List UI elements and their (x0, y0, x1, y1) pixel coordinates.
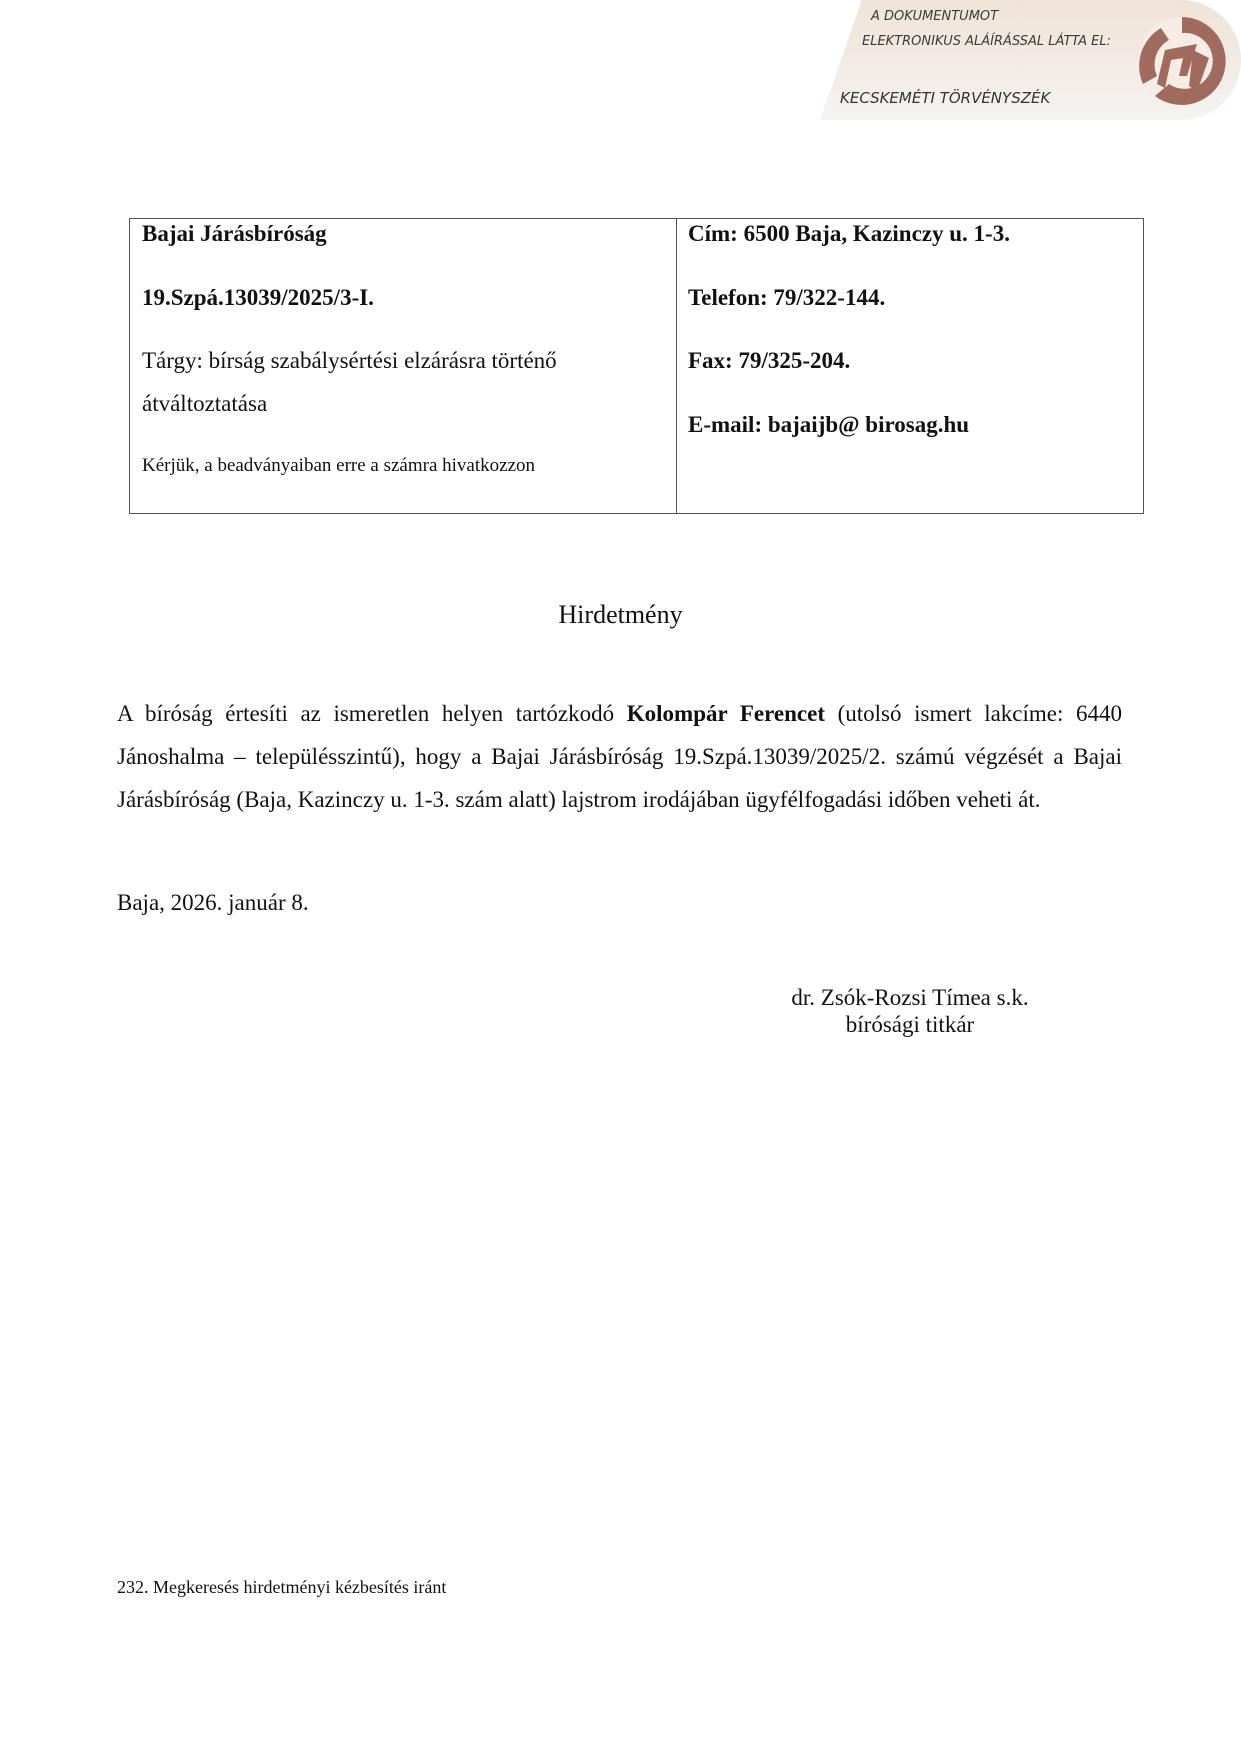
court-fax: Fax: 79/325-204. (688, 348, 850, 374)
header-table: Bajai Járásbíróság 19.Szpá.13039/2025/3-… (129, 218, 1144, 514)
notice-text-before: A bíróság értesíti az ismeretlen helyen … (117, 701, 627, 726)
court-address: Cím: 6500 Baja, Kazinczy u. 1-3. (688, 221, 1010, 247)
signatory-name: dr. Zsók-Rozsi Tímea s.k. (760, 984, 1060, 1011)
electronic-signature-stamp: A DOKUMENTUMOT ELEKTRONIKUS ALÁÍRÁSSAL L… (820, 0, 1241, 120)
document-date: Baja, 2026. január 8. (117, 890, 309, 916)
header-left-cell: Bajai Járásbíróság 19.Szpá.13039/2025/3-… (130, 219, 677, 513)
stamp-text-line1: A DOKUMENTUMOT (871, 9, 998, 24)
document-footer: 232. Megkeresés hirdetményi kézbesítés i… (117, 1577, 446, 1598)
court-email: E-mail: bajaijb@ birosag.hu (688, 412, 969, 438)
notice-paragraph: A bíróság értesíti az ismeretlen helyen … (117, 692, 1122, 821)
subject-line2: átváltoztatása (142, 391, 267, 417)
stamp-text-line2: ELEKTRONIKUS ALÁÍRÁSSAL LÁTTA EL: (862, 34, 1111, 49)
stamp-court-name: KECSKEMÉTI TÖRVÉNYSZÉK (840, 89, 1050, 107)
subject-line1: Tárgy: bírság szabálysértési elzárásra t… (142, 348, 557, 374)
signature-block: dr. Zsók-Rozsi Tímea s.k. bírósági titká… (760, 984, 1060, 1038)
court-logo-icon (1135, 14, 1229, 108)
notice-addressee-name: Kolompár Ferencet (627, 701, 825, 726)
court-name: Bajai Járásbíróság (142, 221, 327, 247)
header-right-cell: Cím: 6500 Baja, Kazinczy u. 1-3. Telefon… (677, 219, 1143, 513)
case-number: 19.Szpá.13039/2025/3-I. (142, 285, 374, 311)
document-title: Hirdetmény (0, 600, 1241, 630)
signatory-role: bírósági titkár (760, 1011, 1060, 1038)
reference-note: Kérjük, a beadványaiban erre a számra hi… (142, 455, 535, 477)
court-phone: Telefon: 79/322-144. (688, 285, 885, 311)
